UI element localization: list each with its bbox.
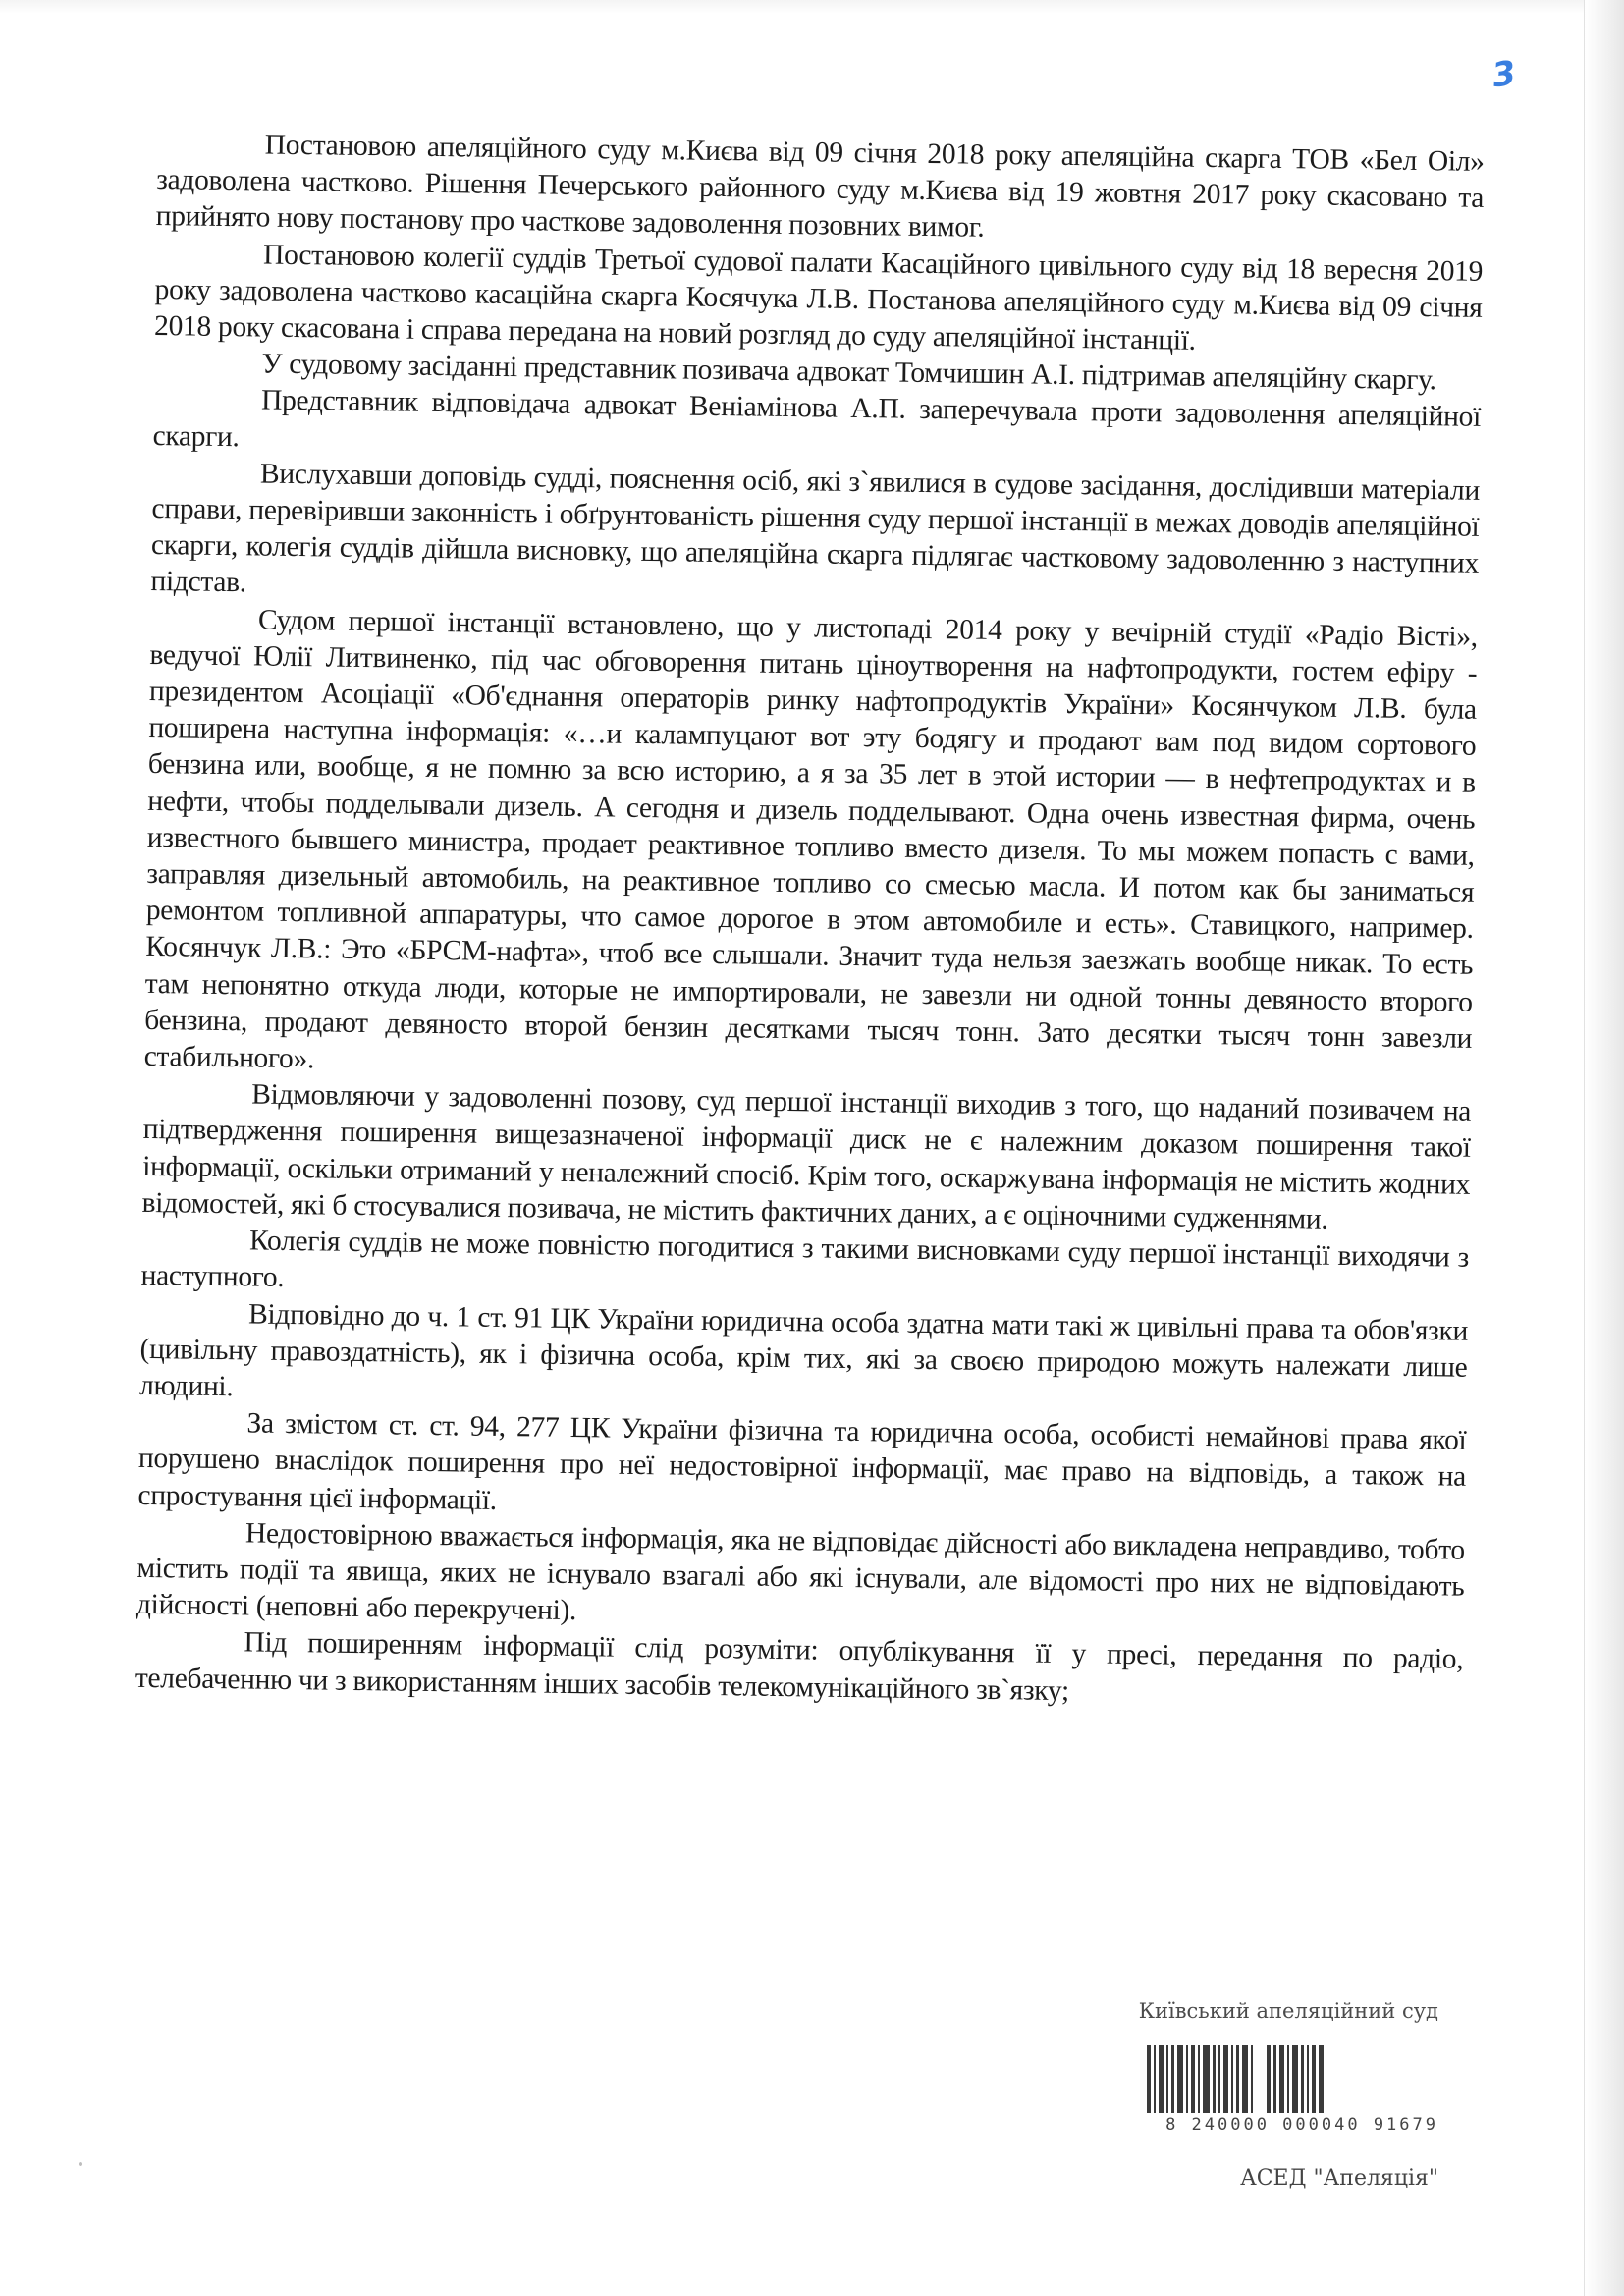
scan-speck <box>79 2162 82 2166</box>
barcode-icon <box>1147 2045 1438 2113</box>
paragraph-established-facts: Судом першої інстанції встановлено, що у… <box>143 601 1478 1094</box>
scan-edge-right <box>1584 0 1624 2296</box>
document-system-name: АСЕД "Апеляція" <box>1100 2166 1438 2191</box>
scan-edge-top <box>0 0 1624 14</box>
document-body: Постановою апеляційного суду м.Києва від… <box>135 126 1485 1715</box>
paragraph-article-91: Відповідно до ч. 1 ст. 91 ЦК України юри… <box>139 1294 1468 1422</box>
court-stamp: Київський апеляційний суд 8 240000 00004… <box>1100 1999 1438 2191</box>
paragraph-appeal-ruling-2018: Постановою апеляційного суду м.Києва від… <box>155 126 1484 253</box>
handwritten-page-number: 3 <box>1489 54 1518 96</box>
barcode-number: 8 240000 000040 91679 <box>1100 2115 1438 2135</box>
paragraph-cassation-ruling-2019: Постановою колегії суддів Третьої судово… <box>154 236 1483 363</box>
paragraph-first-instance-refusal: Відмовляючи у задоволенні позову, суд пе… <box>141 1075 1471 1240</box>
paragraph-articles-94-277: За змістом ст. ст. 94, 277 ЦК України фі… <box>137 1404 1466 1532</box>
paragraph-court-conclusion: Вислухавши доповідь судді, пояснення осі… <box>150 455 1480 620</box>
paragraph-false-information-definition: Недостовірною вважається інформація, яка… <box>136 1514 1465 1642</box>
court-name: Київський апеляційний суд <box>1100 1999 1438 2023</box>
